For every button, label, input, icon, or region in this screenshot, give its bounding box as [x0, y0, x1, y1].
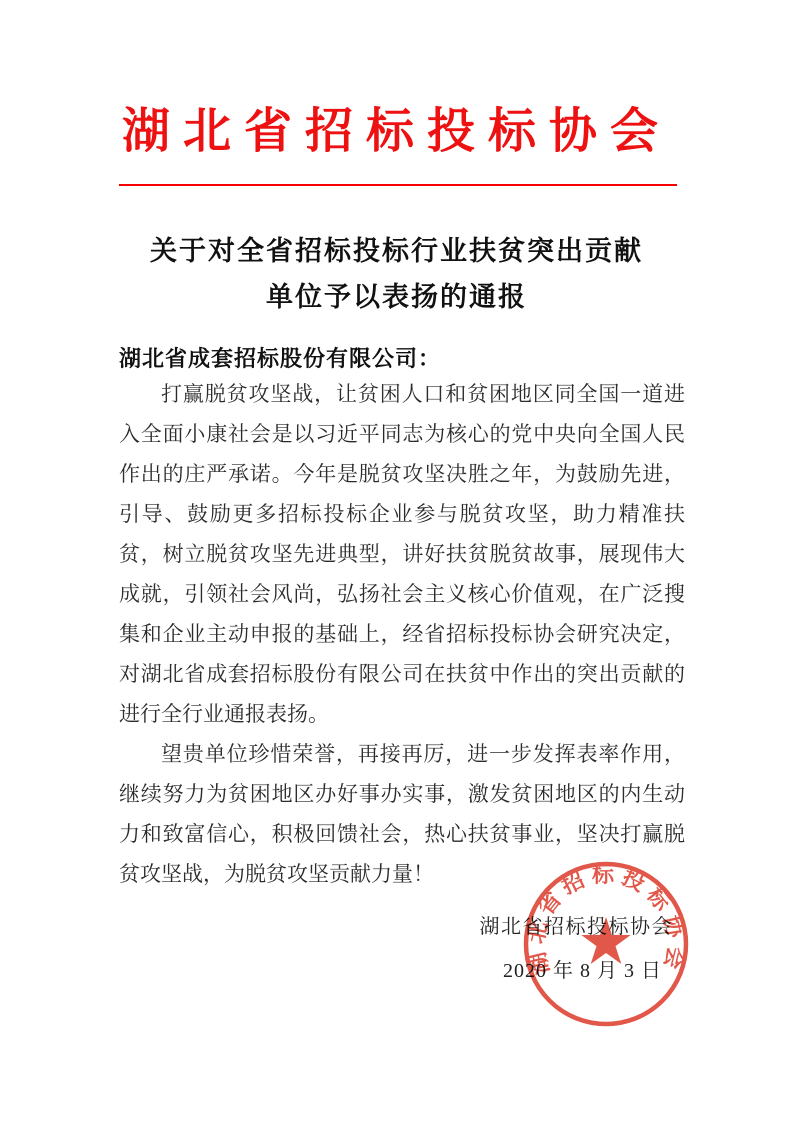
paragraph-1: 打赢脱贫攻坚战，让贫困人口和贫困地区同全国一道进入全面小康社会是以习近平同志为核… — [119, 374, 685, 734]
document-title: 关于对全省招标投标行业扶贫突出贡献 单位予以表扬的通报 — [0, 228, 793, 320]
letterhead-org-name: 湖北省招标投标协会 — [0, 104, 793, 160]
official-seal: 湖北省招标投标协会 — [521, 859, 691, 1029]
document-page: 湖北省招标投标协会 关于对全省招标投标行业扶贫突出贡献 单位予以表扬的通报 湖北… — [0, 0, 793, 1122]
star-icon — [581, 917, 630, 964]
document-title-line1: 关于对全省招标投标行业扶贫突出贡献 — [0, 228, 793, 274]
addressee: 湖北省成套招标股份有限公司： — [119, 345, 441, 373]
document-title-line2: 单位予以表扬的通报 — [0, 274, 793, 320]
letterhead-divider — [119, 184, 677, 186]
document-body: 打赢脱贫攻坚战，让贫困人口和贫困地区同全国一道进入全面小康社会是以习近平同志为核… — [119, 374, 685, 894]
